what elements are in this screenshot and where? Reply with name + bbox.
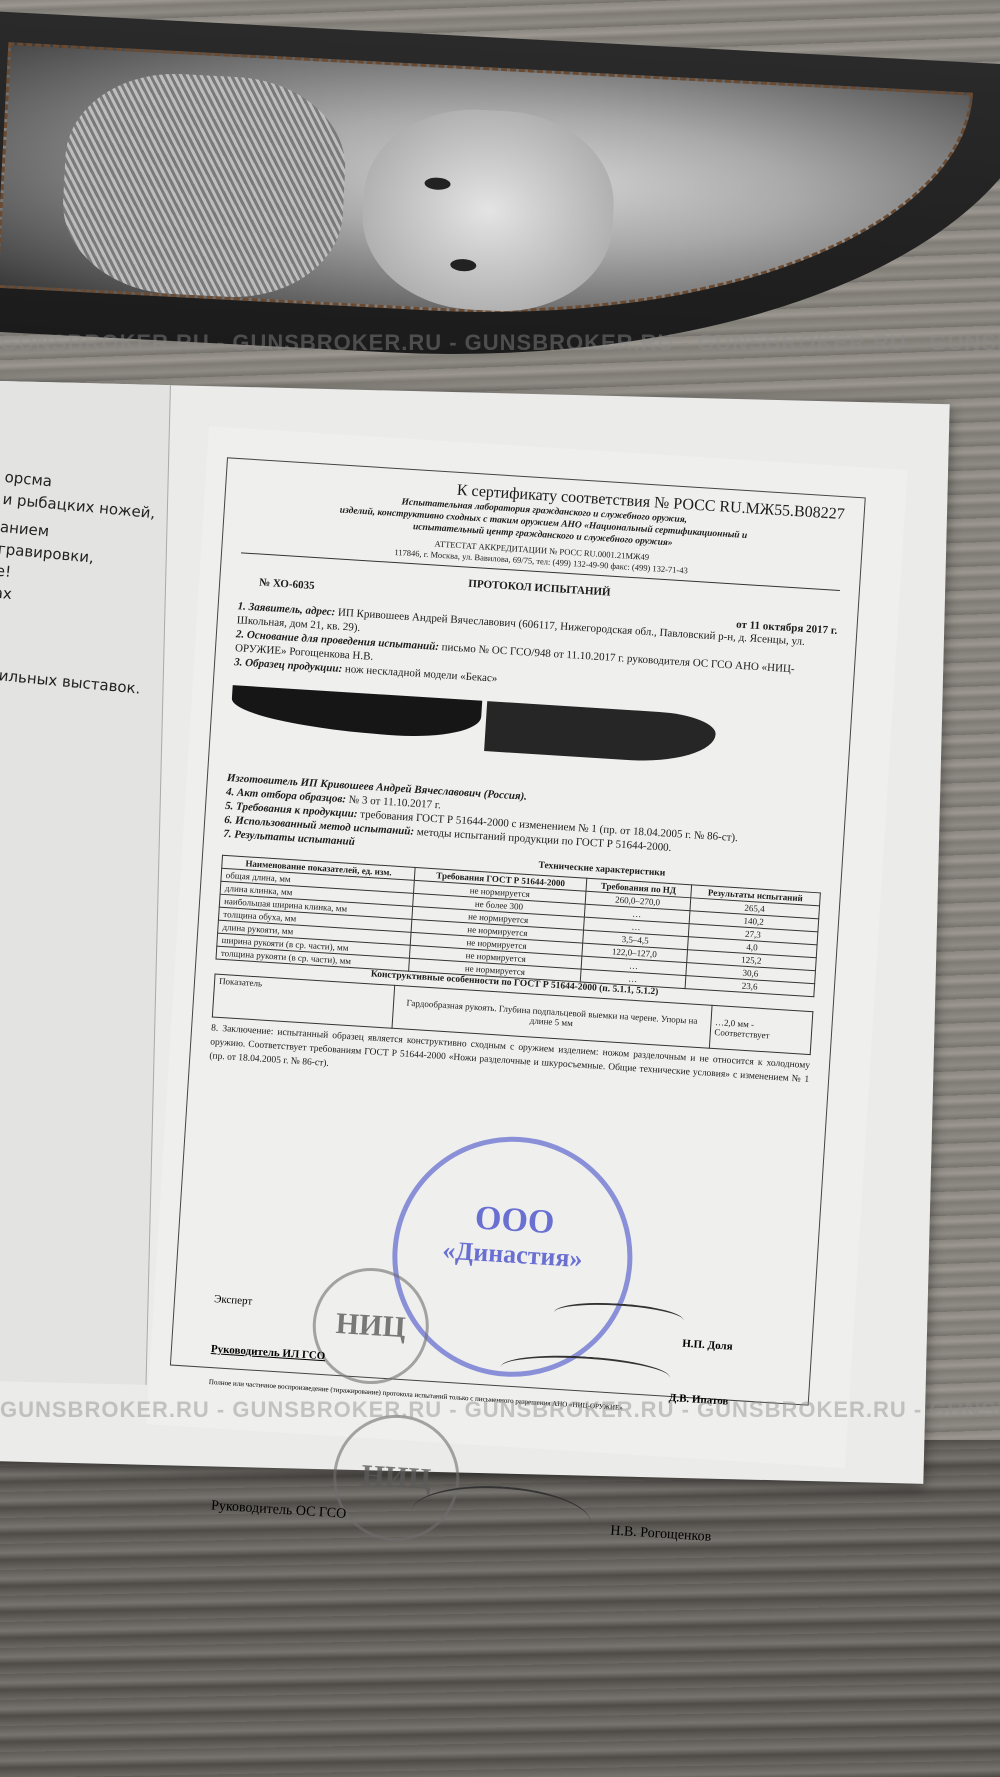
watermark: GUNSBROKER.RU - GUNSBROKER.RU - GUNSBROK… (0, 330, 1000, 356)
woman-face-painting (358, 104, 618, 317)
knife-handle (484, 701, 717, 765)
design-cell: Показатель (212, 974, 394, 1028)
knife-blade (230, 685, 482, 741)
certificate-booklet: орсма и рыбацких ножей, анием гравировки… (0, 380, 950, 1484)
left-page-text: орсма и рыбацких ножей, анием гравировки… (0, 466, 160, 700)
certificate-page: К сертификату соответствия № РОСС RU.МЖ5… (146, 426, 907, 1468)
design-cell: …2,0 мм - Соответствует (709, 1005, 813, 1054)
watermark: GUNSBROKER.RU - GUNSBROKER.RU - GUNSBROK… (0, 1397, 1000, 1423)
text-line: фильных выставок. (0, 663, 141, 699)
eye (424, 177, 451, 190)
expert-label: Эксперт (214, 1293, 253, 1307)
wolf-painting (59, 68, 350, 302)
left-page: орсма и рыбацких ножей, анием гравировки… (0, 380, 171, 1385)
eye (450, 258, 477, 271)
certificate-document: К сертификату соответствия № РОСС RU.МЖ5… (209, 469, 845, 1101)
